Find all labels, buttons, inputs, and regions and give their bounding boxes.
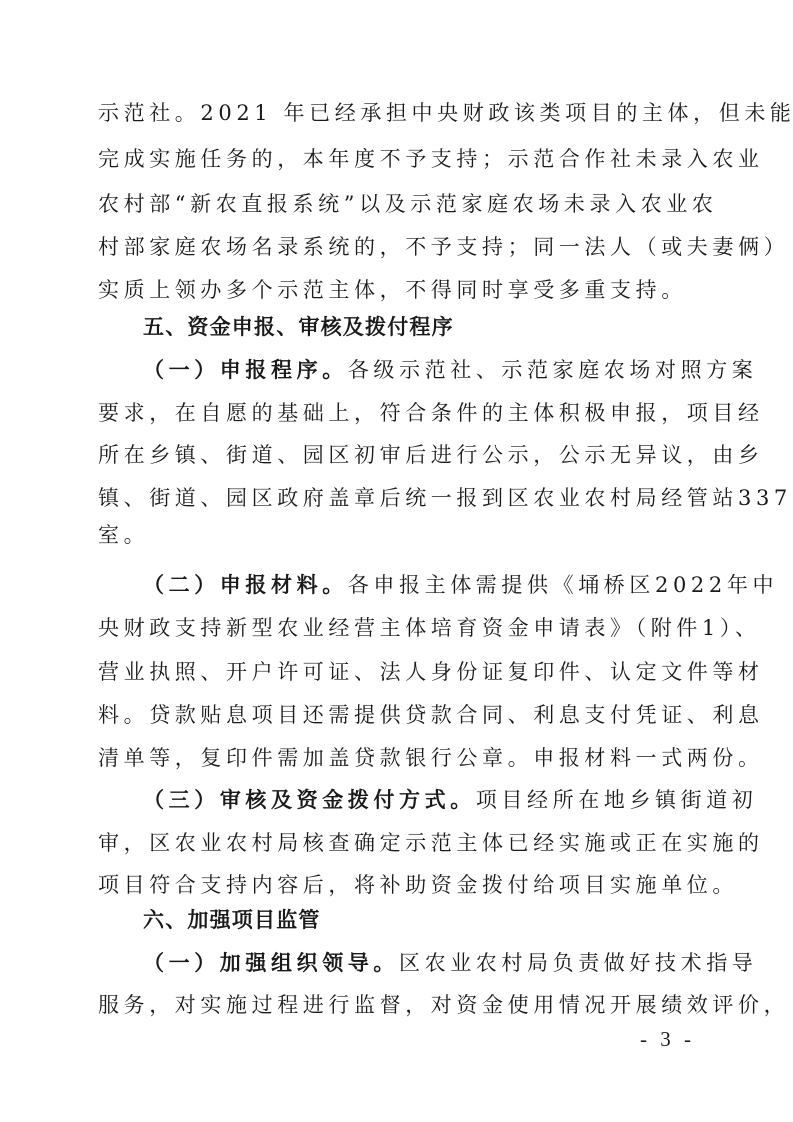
paragraph-line: 央财政支持新型农业经营主体培育资金申请表》（附件1）、 xyxy=(98,614,698,642)
subsection-first-line: （一）加强组织领导。区农业农村局负责做好技术指导 xyxy=(143,949,743,977)
paragraph-line: 示范社。2021 年已经承担中央财政该类项目的主体，但未能 xyxy=(98,99,698,127)
paragraph-line: 实质上领办多个示范主体，不得同时享受多重支持。 xyxy=(98,276,698,304)
paragraph-line: 镇、街道、园区政府盖章后统一报到区农业农村局经管站337 xyxy=(98,484,698,512)
paragraph-line: 审，区农业农村局核查确定示范主体已经实施或正在实施的 xyxy=(98,829,698,857)
paragraph-line: 项目符合支持内容后，将补助资金拨付给项目实施单位。 xyxy=(98,871,698,899)
section-heading-6: 六、加强项目监管 xyxy=(143,906,743,934)
subsection-first-line: （三）审核及资金拨付方式。项目经所在地乡镇街道初 xyxy=(143,786,743,814)
paragraph-line: 室。 xyxy=(98,521,698,549)
page-number: - 3 - xyxy=(640,1027,695,1052)
subsection-text: 各级示范社、示范家庭农场对照方案 xyxy=(348,358,758,382)
paragraph-line: 服务，对实施过程进行监督，对资金使用情况开展绩效评价， xyxy=(98,991,698,1019)
subsection-first-line: （二）申报材料。各申报主体需提供《埇桥区2022年中 xyxy=(143,571,743,599)
paragraph-line: 所在乡镇、街道、园区初审后进行公示，公示无异议，由乡 xyxy=(98,441,698,469)
subsection-lead: （三）审核及资金拨付方式。 xyxy=(143,787,476,812)
subsection-lead: （一）申报程序。 xyxy=(143,357,348,382)
subsection-text: 项目经所在地乡镇街道初 xyxy=(476,788,758,812)
paragraph-line: 完成实施任务的，本年度不予支持；示范合作社未录入农业 xyxy=(98,145,698,173)
subsection-lead: （一）加强组织领导。 xyxy=(143,950,399,975)
paragraph-line: 农村部“新农直报系统”以及示范家庭农场未录入农业农 xyxy=(98,190,698,218)
subsection-first-line: （一）申报程序。各级示范社、示范家庭农场对照方案 xyxy=(143,356,743,384)
document-page: 示范社。2021 年已经承担中央财政该类项目的主体，但未能 完成实施任务的，本年… xyxy=(0,0,793,1122)
section-heading-5: 五、资金申报、审核及拨付程序 xyxy=(143,313,743,341)
paragraph-line: 清单等，复印件需加盖贷款银行公章。申报材料一式两份。 xyxy=(98,744,698,772)
subsection-text: 区农业农村局负责做好技术指导 xyxy=(399,951,757,975)
paragraph-line: 营业执照、开户许可证、法人身份证复印件、认定文件等材 xyxy=(98,658,698,686)
subsection-lead: （二）申报材料。 xyxy=(143,572,348,597)
paragraph-line: 要求，在自愿的基础上，符合条件的主体积极申报，项目经 xyxy=(98,399,698,427)
paragraph-line: 料。贷款贴息项目还需提供贷款合同、利息支付凭证、利息 xyxy=(98,701,698,729)
paragraph-line: 村部家庭农场名录系统的，不予支持；同一法人（或夫妻俩） xyxy=(98,233,698,261)
subsection-text: 各申报主体需提供《埇桥区2022年中 xyxy=(348,573,778,597)
